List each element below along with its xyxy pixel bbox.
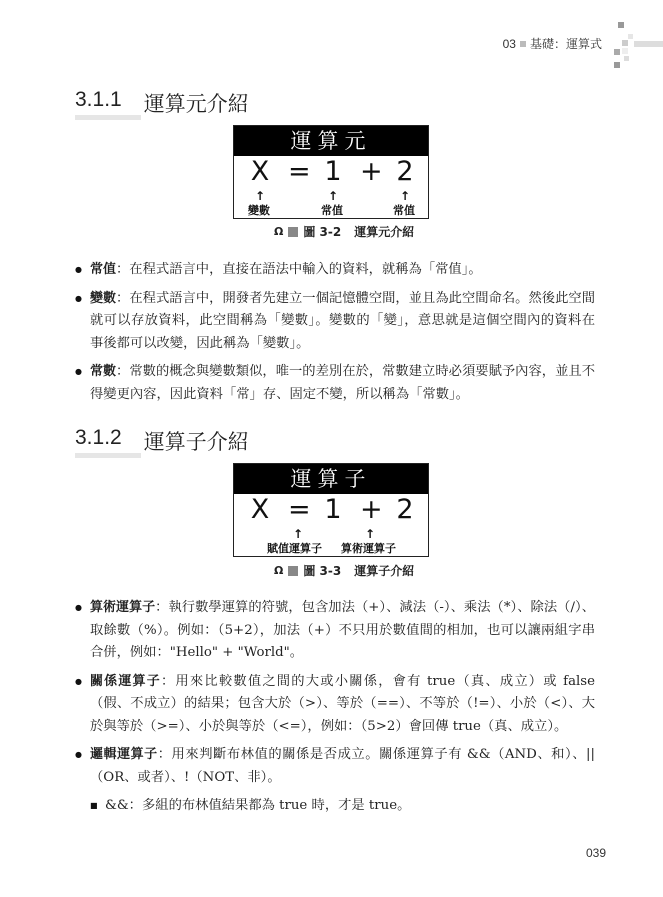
chapter-number: 03 [503, 37, 516, 51]
figure-header: 運算元 [234, 126, 428, 156]
arrow-up-icon: ↑ [250, 189, 270, 203]
list-item: 算術運算子：執行數學運算的符號，包含加法（+）、減法（-）、乘法（*）、除法（/… [75, 597, 595, 665]
caption-number: 圖 3-3 [303, 562, 341, 579]
expr-one: 1 [323, 156, 343, 187]
definition: ：在程式語言中，開發者先建立一個記憶體空間，並且為此空間命名。然後此空間就可以存… [90, 291, 595, 351]
term: 邏輯運算子 [90, 747, 158, 762]
bullet-list-operators: 算術運算子：執行數學運算的符號，包含加法（+）、減法（-）、乘法（*）、除法（/… [75, 597, 595, 822]
corner-pixel-decoration [610, 18, 663, 70]
list-item: 關係運算子：用來比較數值之間的大或小關係，會有 true（真、成立）或 fals… [75, 671, 595, 739]
term: 算術運算子 [90, 600, 155, 615]
term: 變數 [90, 291, 116, 306]
section-heading-3-1-1: 3.1.1 運算元介紹 [75, 88, 249, 118]
section-number: 3.1.1 [75, 88, 122, 118]
omega-icon: Ω [274, 564, 283, 577]
arrow-up-icon: ↑ [395, 189, 415, 203]
expr-two: 2 [395, 156, 415, 187]
definition: ：用來判斷布林值的關係是否成立。關係運算子有 &&（AND、和）、||（OR、或… [90, 747, 595, 785]
figure-box-icon [288, 227, 298, 237]
expr-x: X [250, 156, 270, 187]
definition: ：常數的概念與變數類似，唯一的差別在於，常數建立時必須要賦予內容，並且不得變更內… [90, 364, 595, 402]
bullet-list-operands: 常值：在程式語言中，直接在語法中輸入的資料，就稱為「常值」。 變數：在程式語言中… [75, 259, 595, 412]
section-title: 運算子介紹 [144, 426, 249, 456]
arrow-up-icon: ↑ [288, 527, 308, 541]
label-variable: 變數 [248, 202, 270, 218]
label-literal: 常值 [321, 202, 343, 218]
definition: ：在程式語言中，直接在語法中輸入的資料，就稱為「常值」。 [116, 262, 482, 277]
expr-two: 2 [395, 494, 415, 525]
term: 關係運算子 [90, 674, 161, 689]
running-header: 03 基礎：運算式 [503, 35, 602, 52]
term: 常值 [90, 262, 116, 277]
arrow-up-icon: ↑ [360, 527, 380, 541]
figure-caption: Ω 圖 3-2 運算元介紹 [274, 223, 414, 240]
omega-icon: Ω [274, 225, 283, 238]
figure-box-icon [288, 566, 298, 576]
label-assignment-operator: 賦值運算子 [267, 540, 322, 556]
definition: ：執行數學運算的符號，包含加法（+）、減法（-）、乘法（*）、除法（/）、取餘數… [90, 600, 595, 660]
page-number: 039 [586, 846, 606, 860]
list-item: 常數：常數的概念與變數類似，唯一的差別在於，常數建立時必須要賦予內容，並且不得變… [75, 361, 595, 406]
term: 常數 [90, 364, 116, 379]
figure-operand: 運算元 X = 1 + 2 ↑ ↑ ↑ 變數 常值 常值 [233, 125, 429, 219]
figure-body: X = 1 + 2 ↑ ↑ 賦值運算子 算術運算子 [234, 494, 428, 556]
header-square-icon [520, 41, 526, 47]
caption-title: 運算元介紹 [354, 223, 414, 240]
label-arithmetic-operator: 算術運算子 [341, 540, 396, 556]
expr-x: X [250, 494, 270, 525]
figure-body: X = 1 + 2 ↑ ↑ ↑ 變數 常值 常值 [234, 156, 428, 218]
definition: ：用來比較數值之間的大或小關係，會有 true（真、成立）或 false（假、不… [90, 674, 595, 734]
figure-header: 運算子 [234, 464, 428, 494]
section-title: 運算元介紹 [144, 88, 249, 118]
expr-equals: = [288, 494, 308, 525]
figure-caption: Ω 圖 3-3 運算子介紹 [274, 562, 414, 579]
list-item: 變數：在程式語言中，開發者先建立一個記憶體空間，並且為此空間命名。然後此空間就可… [75, 288, 595, 356]
expr-plus: + [360, 156, 380, 187]
expr-equals: = [288, 156, 308, 187]
label-literal: 常值 [393, 202, 415, 218]
list-item: 邏輯運算子：用來判斷布林值的關係是否成立。關係運算子有 &&（AND、和）、||… [75, 744, 595, 789]
chapter-title: 基礎：運算式 [530, 35, 602, 52]
section-heading-3-1-2: 3.1.2 運算子介紹 [75, 426, 249, 456]
arrow-up-icon: ↑ [323, 189, 343, 203]
list-item: 常值：在程式語言中，直接在語法中輸入的資料，就稱為「常值」。 [75, 259, 595, 282]
sub-list-item: &&：多組的布林值結果都為 true 時，才是 true。 [75, 795, 595, 818]
caption-number: 圖 3-2 [303, 223, 341, 240]
caption-title: 運算子介紹 [354, 562, 414, 579]
section-number: 3.1.2 [75, 426, 122, 456]
expr-plus: + [360, 494, 380, 525]
expr-one: 1 [323, 494, 343, 525]
figure-operator: 運算子 X = 1 + 2 ↑ ↑ 賦值運算子 算術運算子 [233, 463, 429, 557]
